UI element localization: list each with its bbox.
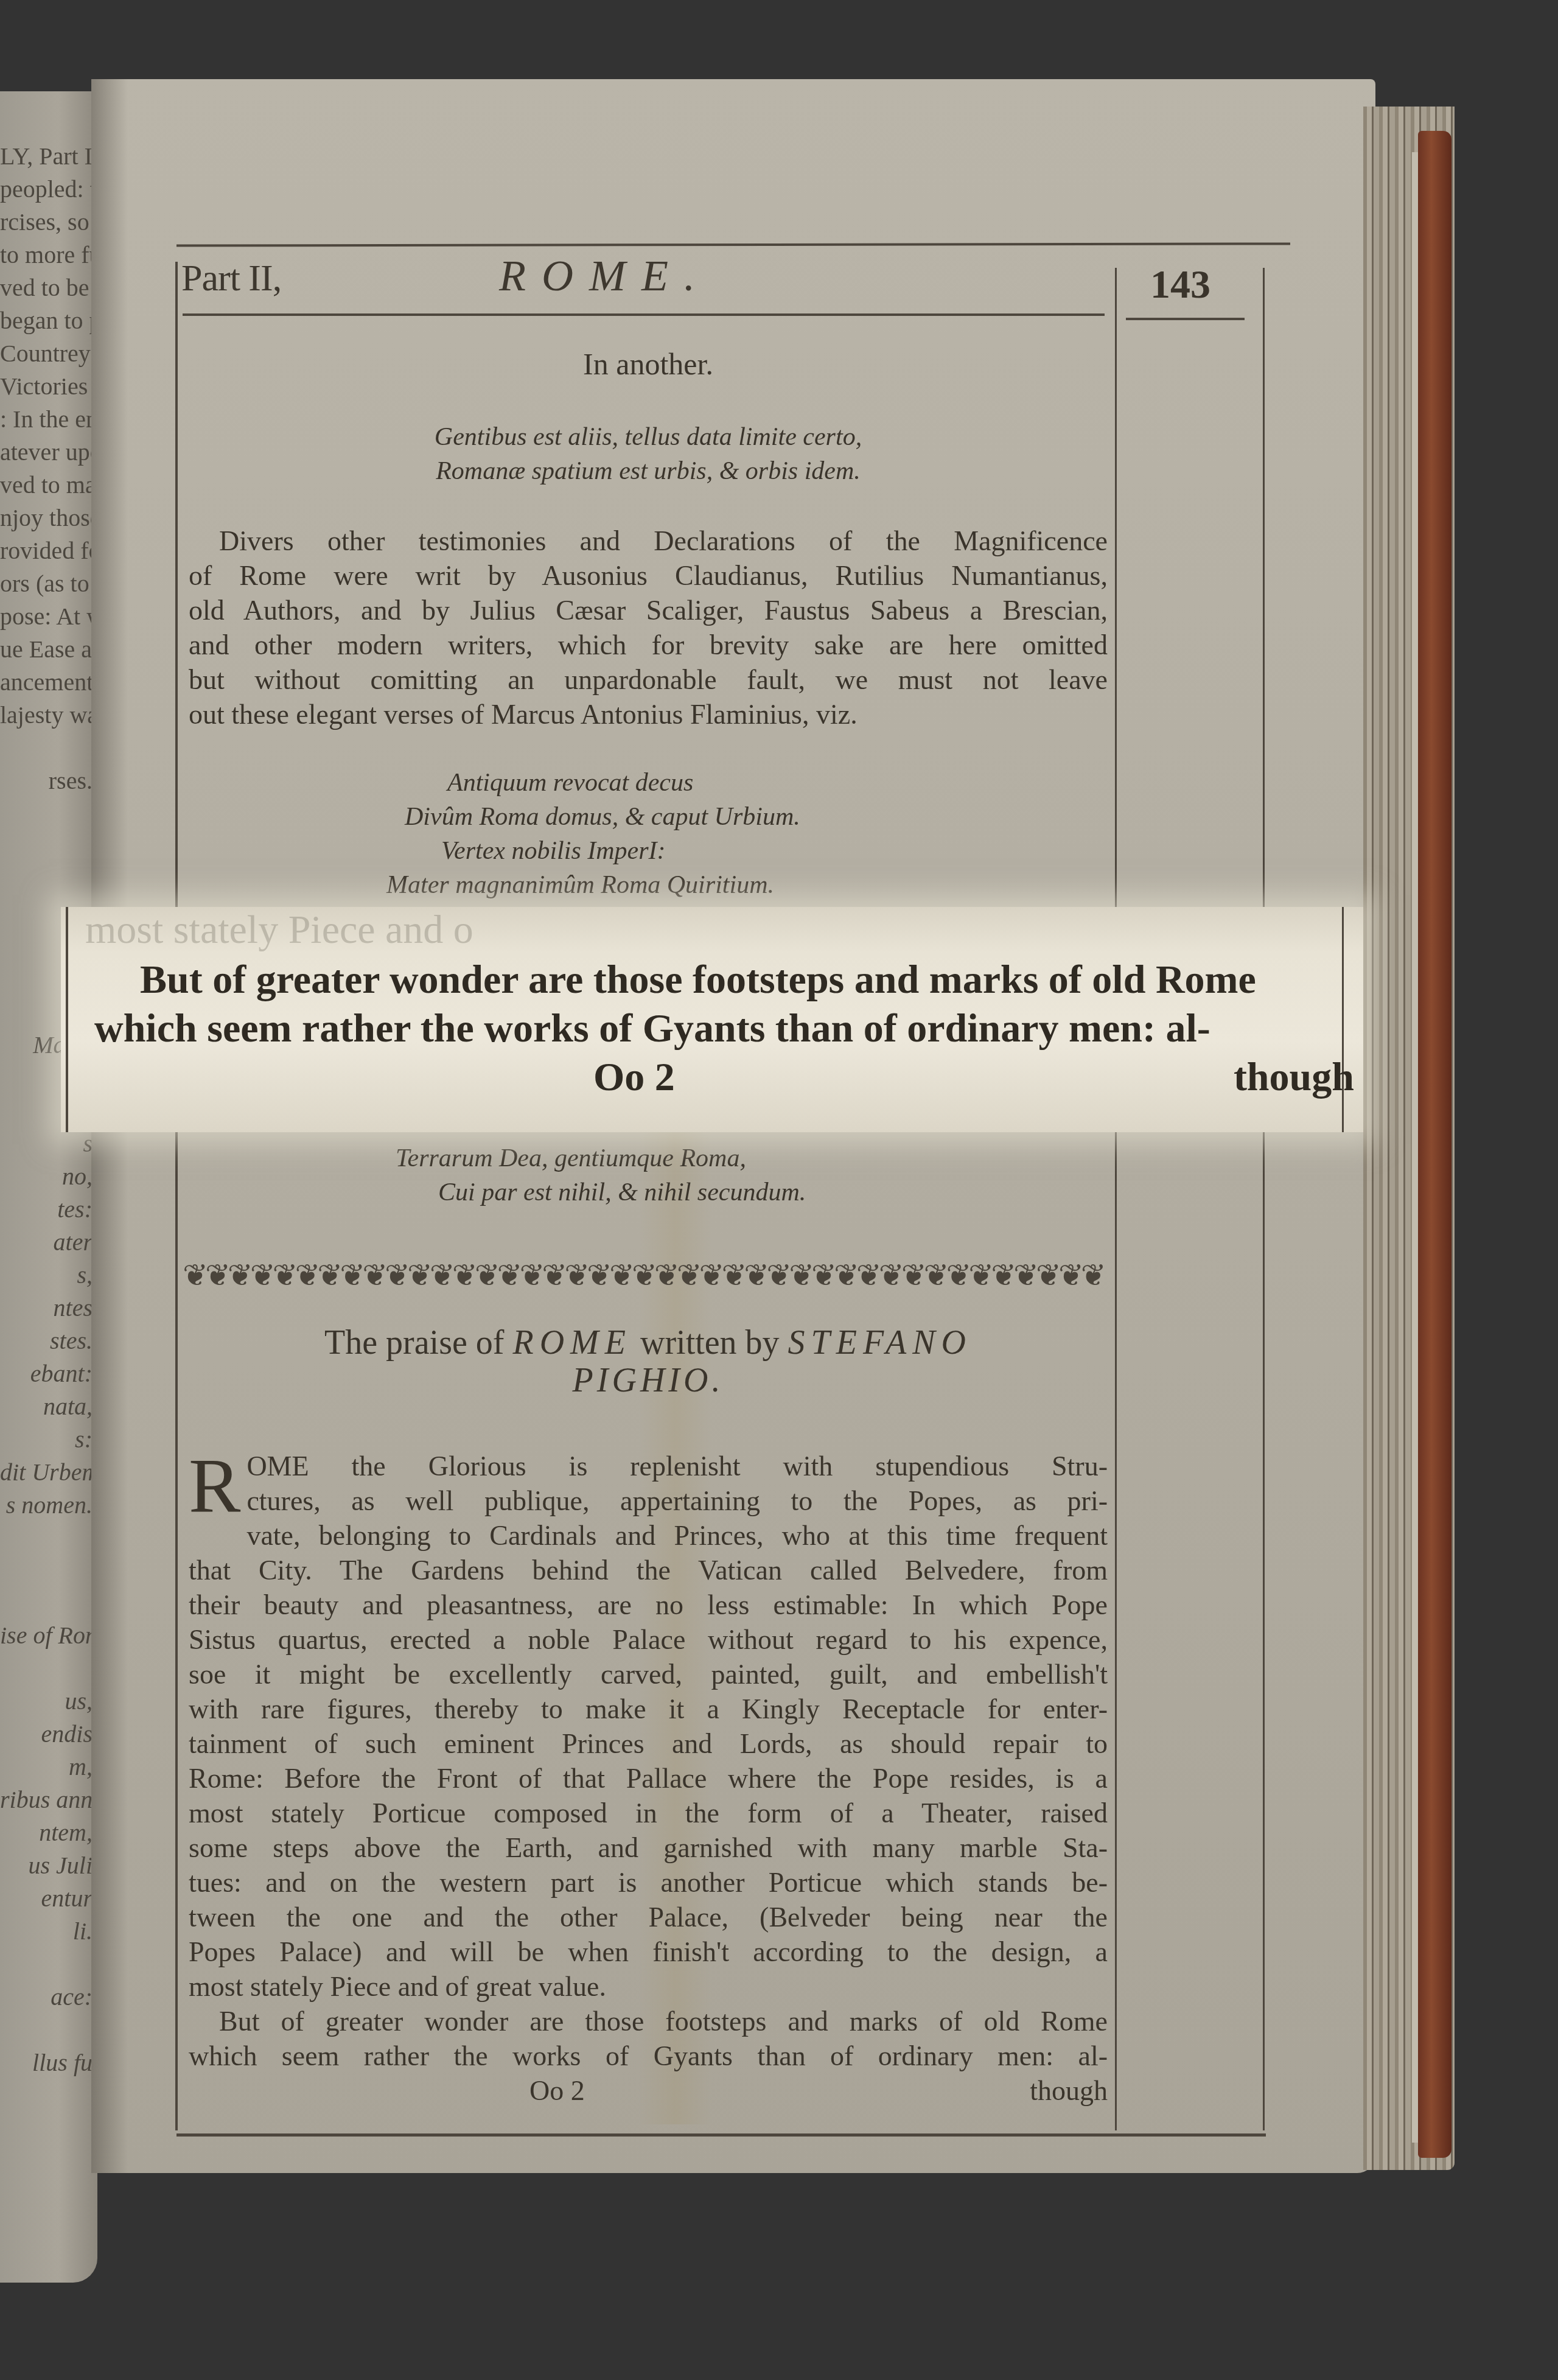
facing-page-text: Countreys, where	[0, 337, 97, 370]
facing-page-text: ue Ease and Profit,	[0, 633, 97, 666]
magnified-footer: Oo 2 though	[94, 1053, 1354, 1102]
header-rule	[183, 313, 1105, 316]
chapter-title-line-2: PIGHIO.	[189, 1362, 1108, 1399]
body-line: vate, belonging to Cardinals and Princes…	[189, 1518, 1108, 1553]
body-line: most stately Porticue composed in the fo…	[189, 1796, 1108, 1830]
facing-page-text: Victories and Tri-	[0, 370, 97, 403]
ornamental-border-icon: ❦❦❦❦❦❦❦❦❦❦❦❦❦❦❦❦❦❦❦❦❦❦❦❦❦❦❦❦❦❦❦❦❦❦❦❦❦❦❦❦…	[183, 1251, 1105, 1300]
facing-page-edge: LY, Part II.peopled: their ac-rcises, so…	[0, 91, 97, 2283]
facing-page-text: s:	[0, 1423, 97, 1456]
paragraph-line: and other modern writers, which for brev…	[189, 628, 1108, 662]
facing-page-text: atever upon Earth	[0, 436, 97, 469]
facing-page-text: nata,	[0, 1390, 97, 1423]
page-number-rule	[1126, 318, 1245, 320]
left-border-rule	[175, 262, 178, 2130]
body-line: Sistus quartus, erected a noble Palace w…	[189, 1622, 1108, 1657]
facing-page-text: ved to mature Age)	[0, 469, 97, 502]
chapter-title-line-1: The praise of ROME written by STEFANO	[189, 1324, 1108, 1362]
facing-page-text: rcises, so the these-	[0, 206, 97, 239]
facing-page-text: lajesty was no less	[0, 699, 97, 732]
running-head-title: ROME.	[499, 251, 711, 301]
facing-page-text: njoy those good be-	[0, 502, 97, 534]
body-line: their beauty and pleasantness, are no le…	[189, 1587, 1108, 1622]
paragraph-line: but without comitting an unpardonable fa…	[189, 662, 1108, 697]
facing-page-text: ise of Rom	[0, 1619, 97, 1652]
margin-column-rule	[1263, 268, 1265, 2130]
verse-line: Romanæ spatium est urbis, & orbis idem.	[189, 454, 1108, 488]
facing-page-text: ancement: yet such	[0, 666, 97, 699]
verse-line: Divûm Roma domus, & caput Urbium.	[189, 800, 1108, 834]
facing-page-text: endis	[0, 1718, 97, 1751]
body-line: most stately Piece and of great value.	[189, 1969, 1108, 2004]
magnified-signature: Oo 2	[593, 1053, 675, 1102]
facing-page-text: s	[0, 1127, 97, 1160]
facing-page-text: peopled: their ac-	[0, 173, 97, 206]
left-border-rule	[66, 907, 68, 1132]
page-footer: Oo 2 though	[189, 2073, 1108, 2108]
magnified-highlight: most stately Piece and o But of greater …	[61, 907, 1363, 1132]
verse-line: Gentibus est aliis, tellus data limite c…	[189, 420, 1108, 454]
body-line: with rare figures, thereby to make it a …	[189, 1692, 1108, 1726]
section-heading: In another.	[189, 347, 1108, 382]
body-line: tween the one and the other Palace, (Bel…	[189, 1900, 1108, 1934]
magnified-line-1: But of greater wonder are those footstep…	[94, 956, 1354, 1004]
ghost-text: most stately Piece and o	[85, 907, 473, 953]
facing-page-text: : In the end, having	[0, 403, 97, 436]
facing-page-text: no,	[0, 1160, 97, 1193]
facing-page-text: li.	[0, 1915, 97, 1948]
body-line: tainment of such eminent Princes and Lor…	[189, 1726, 1108, 1761]
facing-page-text: ntes	[0, 1292, 97, 1325]
page-number: 143	[1150, 262, 1210, 308]
magnified-catchword: though	[1234, 1053, 1354, 1102]
body-line: soe it might be excellently carved, pain…	[189, 1657, 1108, 1692]
body-line: But of greater wonder are those footstep…	[189, 2004, 1108, 2039]
drop-cap: R	[189, 1452, 240, 1519]
body-line: tues: and on the western part is another…	[189, 1865, 1108, 1900]
facing-page-text: dit Urbem.	[0, 1456, 97, 1489]
facing-page-text: ntem,	[0, 1816, 97, 1849]
leather-cover-board	[1418, 131, 1451, 2158]
body-line: some steps above the Earth, and garnishe…	[189, 1830, 1108, 1865]
facing-page-text: us,	[0, 1685, 97, 1718]
paragraph-line: old Authors, and by Julius Cæsar Scalige…	[189, 593, 1108, 628]
facing-page-text: ebant:	[0, 1357, 97, 1390]
body-line: which seem rather the works of Gyants th…	[189, 2039, 1108, 2073]
catchword: though	[1030, 2073, 1108, 2108]
verse-line: Mater magnanimûm Roma Quiritium.	[189, 868, 1108, 902]
body-text: R OME the Glorious is replenisht with st…	[189, 1449, 1108, 2108]
facing-page-text: ribus anni.	[0, 1783, 97, 1816]
body-line: ctures, as well publique, appertaining t…	[189, 1483, 1108, 1518]
latin-verse-terrarum: Terrarum Dea, gentiumque Roma, Cui par e…	[189, 1141, 1108, 1209]
latin-verse-flaminius: Antiquum revocat decus Divûm Roma domus,…	[189, 766, 1108, 902]
facing-page-text: llus fu	[0, 2046, 97, 2079]
bottom-border-rule	[176, 2133, 1266, 2137]
facing-page-text: stes.	[0, 1325, 97, 1357]
running-head-part: Part II,	[181, 257, 281, 300]
facing-page-text: ved to be 300, years	[0, 271, 97, 304]
facing-page-text: pose: At which time	[0, 600, 97, 633]
facing-page-text: ater	[0, 1226, 97, 1259]
facing-page-text: s nomen.	[0, 1489, 97, 1522]
paragraph-line: Divers other testimonies and Declaration…	[189, 523, 1108, 558]
facing-page-text: m,	[0, 1751, 97, 1783]
verse-line: Terrarum Dea, gentiumque Roma,	[189, 1141, 1108, 1175]
title-author: STEFANO	[788, 1324, 972, 1362]
facing-page-text: LY, Part II.	[0, 140, 97, 173]
facing-page-text: us Juli	[0, 1849, 97, 1882]
body-line: that City. The Gardens behind the Vatica…	[189, 1553, 1108, 1587]
facing-page-text: began to pass Moun-	[0, 304, 97, 337]
body-line: Rome: Before the Front of that Pallace w…	[189, 1761, 1108, 1796]
verse-line: Vertex nobilis ImperI:	[189, 834, 1108, 868]
facing-page-text: ace:	[0, 1981, 97, 2014]
facing-page-text: entur	[0, 1882, 97, 1915]
body-line: OME the Glorious is replenisht with stup…	[189, 1449, 1108, 1483]
title-rome: ROME	[512, 1324, 632, 1362]
facing-page-text: rovided for: Comit-	[0, 534, 97, 567]
paragraph-line: of Rome were writ by Ausonius Claudianus…	[189, 558, 1108, 593]
text-column-rule	[1115, 268, 1117, 2130]
facing-page-text: to more full strength	[0, 239, 97, 271]
paragraph-line: out these elegant verses of Marcus Anton…	[189, 697, 1108, 732]
paragraph-testimonies: Divers other testimonies and Declaration…	[189, 523, 1108, 732]
facing-page-text: tes:	[0, 1193, 97, 1226]
signature-mark: Oo 2	[529, 2073, 585, 2108]
facing-page-text: s,	[0, 1259, 97, 1292]
facing-page-text: rses.	[0, 765, 97, 797]
verse-line: Cui par est nihil, & nihil secundum.	[189, 1175, 1108, 1209]
chapter-title: The praise of ROME written by STEFANO PI…	[189, 1324, 1108, 1399]
latin-verse-1: Gentibus est aliis, tellus data limite c…	[189, 420, 1108, 488]
facing-page-text: ors (as to her Natu-	[0, 567, 97, 600]
magnified-line-2: which seem rather the works of Gyants th…	[94, 1004, 1354, 1053]
verse-line: Antiquum revocat decus	[189, 766, 1108, 800]
body-line: Popes Palace) and will be when finish't …	[189, 1934, 1108, 1969]
